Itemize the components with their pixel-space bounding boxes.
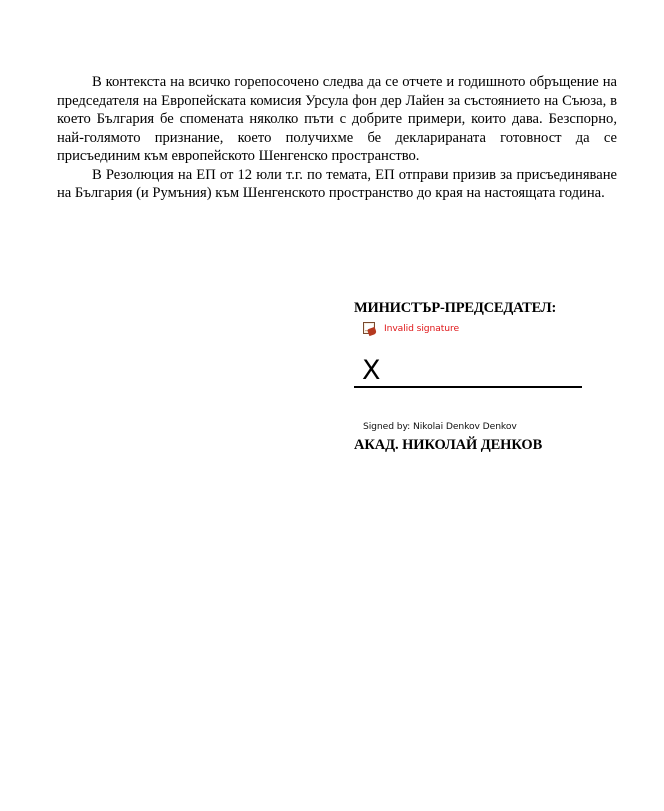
document-page: В контекста на всичко горепосочено следв…: [0, 0, 664, 811]
paragraph: В Резолюция на ЕП от 12 юли т.г. по тема…: [57, 166, 617, 203]
signed-by-text: Signed by: Nikolai Denkov Denkov: [363, 421, 517, 432]
invalid-signature-icon[interactable]: [363, 322, 375, 334]
signatory-name: АКАД. НИКОЛАЙ ДЕНКОВ: [354, 437, 542, 454]
document-body: В контекста на всичко горепосочено следв…: [57, 73, 617, 203]
signature-line: [354, 386, 582, 388]
paragraph: В контекста на всичко горепосочено следв…: [57, 73, 617, 166]
signature-status[interactable]: Invalid signature: [363, 322, 459, 334]
signatory-title: МИНИСТЪР-ПРЕДСЕДАТЕЛ:: [354, 300, 556, 317]
signature-status-text[interactable]: Invalid signature: [384, 323, 459, 334]
signature-mark[interactable]: X: [362, 356, 381, 386]
